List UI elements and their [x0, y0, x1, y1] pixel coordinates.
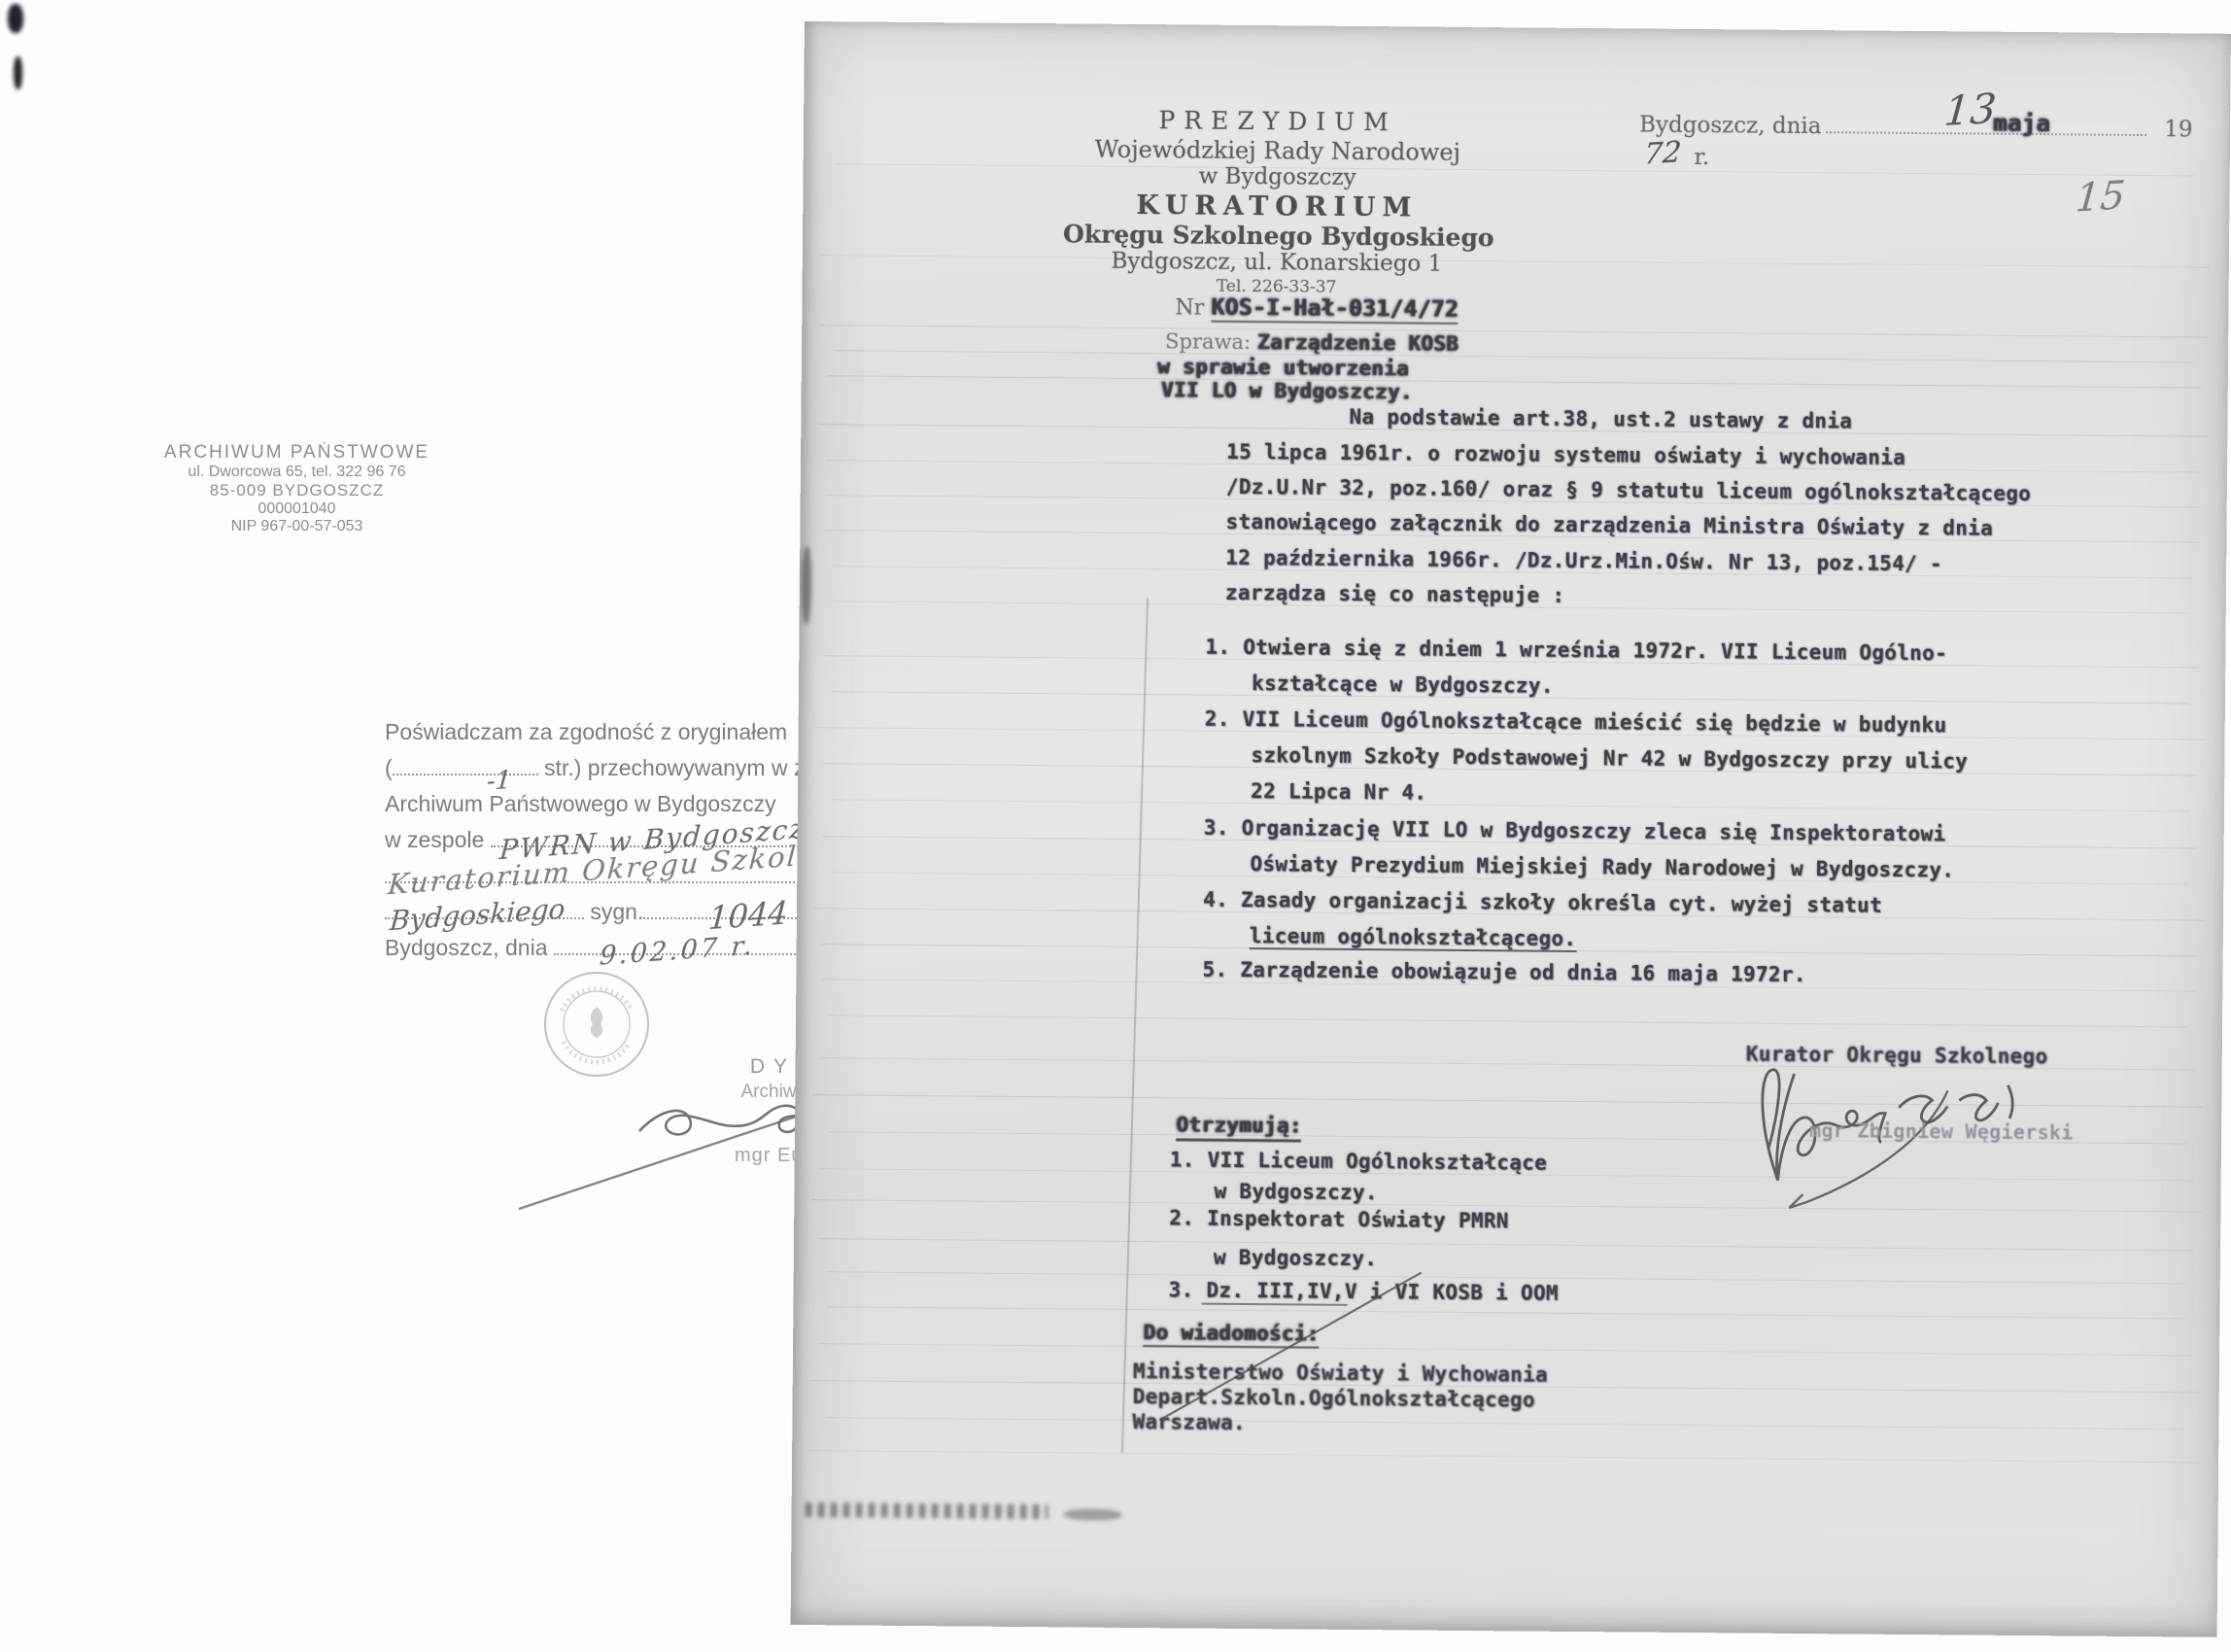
ordinance-item-line: Oświaty Prezydium Miejskiej Rady Narodow…: [1250, 852, 1954, 881]
distribution-line: w Bydgoszczy.: [1214, 1180, 1377, 1204]
subject-line-2: w sprawie utworzenia: [1157, 355, 1409, 380]
dotted-rule: -1: [393, 774, 538, 775]
ordinance-item-line: 1. Otwiera się z dniem 1 września 1972r.…: [1205, 636, 1947, 666]
crease-line: [809, 1450, 2199, 1463]
letterhead-city: w Bydgoszczy: [1064, 162, 1492, 191]
crease-line: [831, 799, 2189, 811]
year-handwritten: 72: [1643, 135, 1683, 172]
letterhead-address: Bydgoszcz, ul. Konarskiego 1: [1063, 248, 1491, 277]
round-seal-stamp: [540, 968, 653, 1081]
archive-stamp-number: 000001040: [163, 500, 430, 518]
dotted-rule: 13 maja: [1826, 131, 2146, 136]
ordinance-item-line: liceum ogólnokształcącego.: [1250, 924, 1577, 952]
reference-value: KOS-I-Hał-031/4/72: [1211, 295, 1459, 325]
year-prefix: 19: [2164, 117, 2193, 142]
fond-label: w zespole: [385, 827, 491, 852]
scan-artifact: [14, 56, 22, 89]
pages-handwritten: -1: [486, 766, 512, 797]
dotted-rule: Kuratorium Okręgu Szkolnego: [385, 881, 841, 883]
crease-line: [829, 1015, 2187, 1027]
body-line: 12 października 1966r. /Dz.Urz.Min.Ośw. …: [1225, 546, 1942, 575]
crease-line: [820, 255, 2210, 267]
body-line: stanowiącego załącznik do zarządzenia Mi…: [1225, 510, 1993, 540]
distribution-line: 2. Inspektorat Oświaty PMRN: [1169, 1206, 1509, 1232]
subject-line-3: VII LO w Bydgoszczy.: [1161, 378, 1413, 403]
ordinance-item-line: 4. Zasady organizacji szkoły określa cyt…: [1203, 888, 1882, 917]
crease-line: [827, 375, 2201, 388]
letterhead-district: Okręgu Szkolnego Bydgoskiego: [1063, 220, 1491, 252]
day-handwritten: 13: [1942, 85, 1998, 136]
ordinance-page: PREZYDIUM Wojewódzkiej Rady Narodowej w …: [791, 21, 2231, 1637]
cert-date-handwritten: 9.02.07 r.: [599, 931, 756, 972]
subject-label: Sprawa:: [1165, 329, 1257, 354]
scanned-document-canvas: ARCHIWUM PAŃSTWOWE ul. Dworcowa 65, tel.…: [0, 0, 2231, 1652]
archive-stamp-city: 85-009 BYDGOSZCZ: [163, 481, 430, 500]
signer-name: mgr Zbigniew Węgierski: [1809, 1119, 2074, 1144]
letterhead: PREZYDIUM Wojewódzkiej Rady Narodowej w …: [1063, 105, 1493, 298]
fond-handwritten-3: Bydgoskiego: [389, 892, 566, 937]
scan-artifact: [802, 546, 812, 624]
archive-stamp: ARCHIWUM PAŃSTWOWE ul. Dworcowa 65, tel.…: [163, 442, 430, 535]
letterhead-presidium: PREZYDIUM: [1064, 105, 1492, 137]
ordinance-item-line: 5. Zarządzenie obowiązuje od dnia 16 maj…: [1202, 958, 1805, 986]
letterhead-council: Wojewódzkiej Rady Narodowej: [1064, 135, 1492, 166]
crease-line: [825, 1417, 2183, 1429]
page-number-handwritten: 15: [2074, 173, 2126, 221]
dotted-rule: Bydgoskiego: [385, 917, 584, 919]
month-typed: maja: [1993, 110, 2050, 138]
crease-line: [819, 1238, 2193, 1251]
ordinance-item-line: 3. Organizację VII LO w Bydgoszczy zleca…: [1204, 816, 1946, 846]
seal-eagle-glyph: [591, 1007, 602, 1038]
certification-paren: (: [385, 755, 393, 780]
scan-artifact: [806, 1502, 1048, 1519]
signature-ref-label: sygn.: [584, 899, 643, 924]
archive-stamp-address: ul. Dworcowa 65, tel. 322 96 76: [163, 464, 430, 481]
pen-slash: [1151, 1260, 1434, 1428]
crease-line: [819, 325, 2209, 337]
ordinance-item-line: szkolnym Szkoły Podstawowej Nr 42 w Bydg…: [1251, 743, 1968, 773]
archive-stamp-name: ARCHIWUM PAŃSTWOWE: [163, 442, 430, 464]
reference-number: Nr KOS-I-Hał-031/4/72: [1175, 294, 1459, 323]
ordinance-item-line: kształcące w Bydgoszczy.: [1252, 671, 1554, 698]
dateline: Bydgoszcz, dnia 13 maja 19 72 r.: [1639, 113, 2231, 177]
year-suffix: r.: [1694, 145, 1709, 170]
scan-artifact: [1064, 1508, 1122, 1521]
distribution-line: 1. VII Liceum Ogólnokształcące: [1170, 1148, 1547, 1174]
reference-label: Nr: [1175, 295, 1211, 320]
ordinance-item-line: 2. VII Liceum Ogólnokształcące mieścić s…: [1205, 707, 1947, 738]
subject-value-1: Zarządzenie KOSB: [1257, 330, 1459, 356]
crease-line: [835, 350, 2193, 362]
body-line: 15 lipca 1961r. o rozwoju systemu oświat…: [1226, 440, 1905, 469]
cert-date-label: Bydgoszcz, dnia: [385, 935, 554, 960]
crease-line: [826, 1306, 2184, 1319]
ordinance-item-line: 22 Lipca Nr 4.: [1251, 779, 1426, 805]
subject-line-1: Sprawa: Zarządzenie KOSB: [1165, 329, 1459, 356]
archive-stamp-nip: NIP 967-00-57-053: [163, 518, 430, 535]
scan-artifact: [8, 4, 23, 33]
body-line: Na podstawie art.38, ust.2 ustawy z dnia: [1349, 405, 1852, 433]
body-line: /Dz.U.Nr 32, poz.160/ oraz § 9 statutu l…: [1226, 475, 2032, 505]
letterhead-kuratorium: KURATORIUM: [1063, 189, 1491, 224]
distribution-heading: Otrzymują:: [1176, 1113, 1302, 1142]
body-line: zarządza się co następuje :: [1225, 581, 1565, 607]
crease-line: [818, 1343, 2192, 1356]
